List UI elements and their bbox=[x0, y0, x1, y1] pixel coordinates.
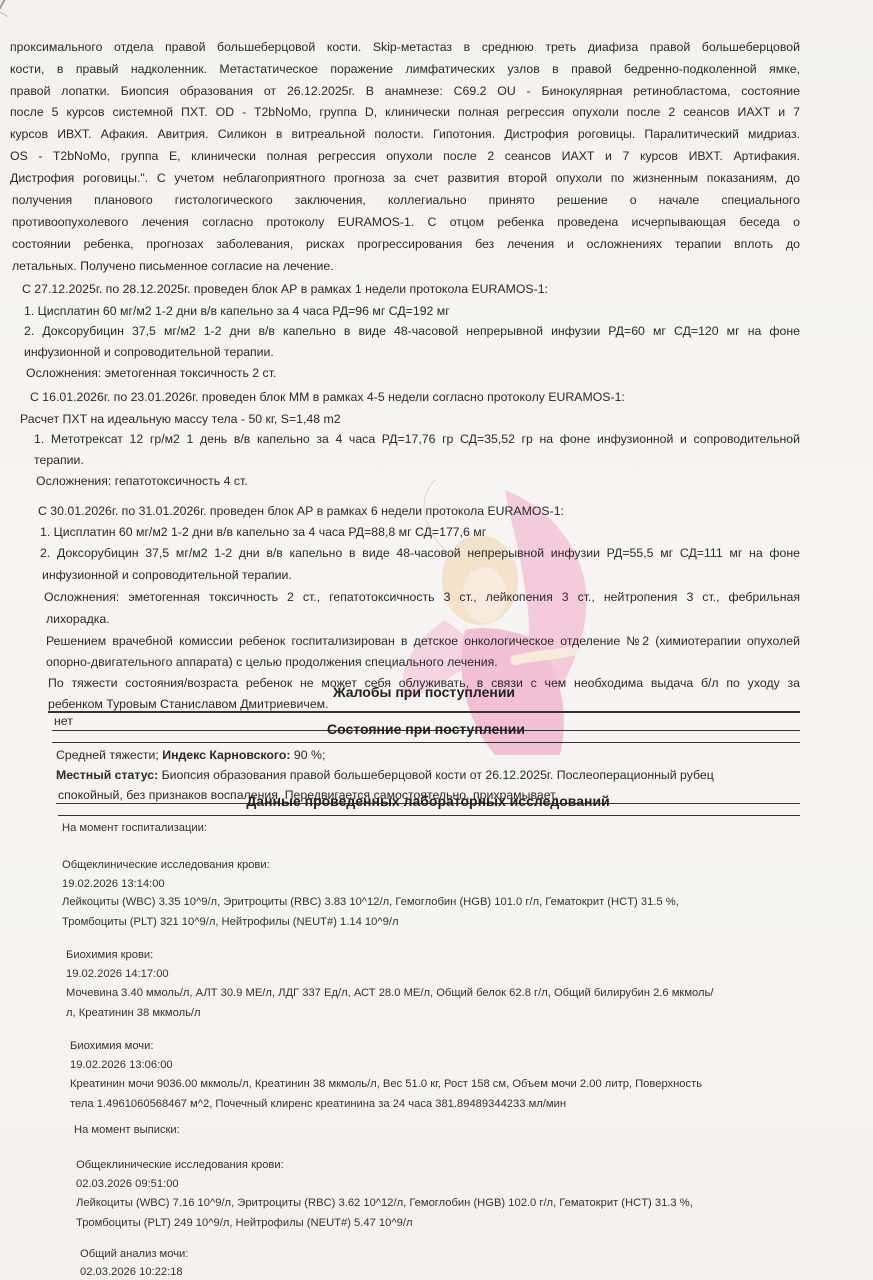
drug-line: терапии. bbox=[34, 449, 84, 471]
drug-line: 2. Доксорубицин 37,5 мг/м2 1-2 дни в/в к… bbox=[40, 542, 800, 564]
drug-line: 2. Доксорубицин 37,5 мг/м2 1-2 дни в/в к… bbox=[24, 320, 800, 342]
lab-datetime: 19.02.2026 13:06:00 bbox=[70, 1055, 173, 1076]
severity: Средней тяжести; bbox=[56, 748, 159, 762]
admission-state-header: Состояние при поступлении bbox=[52, 721, 800, 737]
on-admission-label: На момент госпитализации: bbox=[62, 818, 207, 839]
lab-result: Креатинин мочи 9036.00 мкмоль/л, Креатин… bbox=[70, 1074, 702, 1095]
intro-line: OS - T2bNoMo, группа E, клинически полна… bbox=[10, 145, 800, 167]
intro-line: проксимального отдела правой большеберцо… bbox=[10, 36, 800, 58]
lab-title: Биохимия мочи: bbox=[70, 1036, 154, 1057]
karnofsky-label: Индекс Карновского: bbox=[162, 748, 290, 762]
intro-line: Дистрофия роговицы.". С учетом неблагопр… bbox=[10, 167, 800, 189]
intro-line: получения планового гистологического зак… bbox=[12, 189, 800, 211]
calc-line: Расчет ПХТ на идеальную массу тела - 50 … bbox=[20, 408, 341, 430]
drug-line: инфузионной и сопроводительной терапии. bbox=[42, 564, 292, 586]
complaints-header: Жалобы при поступлении bbox=[48, 684, 800, 700]
drug-line: 1. Цисплатин 60 мг/м2 1-2 дни в/в капель… bbox=[24, 300, 450, 322]
lab-result: Тромбоциты (PLT) 321 10^9/л, Нейтрофилы … bbox=[62, 912, 398, 933]
drug-line: 1. Цисплатин 60 мг/м2 1-2 дни в/в капель… bbox=[40, 521, 486, 543]
intro-line: курсов ИВХТ. Афакия. Авитрия. Силикон в … bbox=[10, 123, 800, 145]
lab-result: Лейкоциты (WBC) 3.35 10^9/л, Эритроциты … bbox=[62, 892, 679, 913]
intro-line: правой лопатки. Биопсия образования от 2… bbox=[10, 80, 800, 102]
severity-line: Средней тяжести; Индекс Карновского: 90 … bbox=[56, 744, 325, 766]
lab-result: л, Креатинин 38 мкмоль/л bbox=[66, 1003, 201, 1024]
complications: Осложнения: гепатотоксичность 4 ст. bbox=[36, 470, 248, 492]
document-page: проксимального отдела правой большеберцо… bbox=[0, 0, 873, 1280]
intro-line: после 5 курсов системной ПХТ. OD - T2bNo… bbox=[10, 101, 800, 123]
decision-line: Решением врачебной комиссии ребенок госп… bbox=[46, 630, 800, 652]
complications: Осложнения: эметогенная токсичность 2 ст… bbox=[26, 362, 276, 384]
lab-datetime: 02.03.2026 10:22:18 bbox=[80, 1262, 183, 1280]
block-title: С 30.01.2026г. по 31.01.2026г. проведен … bbox=[38, 500, 564, 522]
decision-line: опорно-двигательного аппарата) с целью п… bbox=[46, 651, 498, 673]
local-status-text: Биопсия образования правой большеберцово… bbox=[162, 768, 714, 782]
lab-title: Биохимия крови: bbox=[66, 945, 153, 966]
karnofsky-value: 90 %; bbox=[294, 748, 325, 762]
lab-result: Мочевина 3.40 ммоль/л, АЛТ 30.9 МЕ/л, ЛД… bbox=[66, 983, 713, 1004]
intro-line: состоянии ребенка, прогнозах заболевания… bbox=[12, 233, 800, 255]
divider bbox=[58, 815, 800, 816]
drug-line: 1. Метотрексат 12 гр/м2 1 день в/в капел… bbox=[34, 428, 800, 450]
lab-result: тела 1.4961060568467 м^2, Почечный клире… bbox=[70, 1094, 566, 1115]
block-title: С 16.01.2026г. по 23.01.2026г. проведен … bbox=[30, 386, 625, 408]
on-discharge-label: На момент выписки: bbox=[74, 1120, 180, 1141]
labs-header: Данные проведенных лабораторных исследов… bbox=[56, 793, 800, 809]
lab-result: Тромбоциты (PLT) 249 10^9/л, Нейтрофилы … bbox=[76, 1213, 412, 1234]
intro-line: кости, в правый надколенник. Метастатиче… bbox=[10, 58, 800, 80]
drug-line: инфузионной и сопроводительной терапии. bbox=[24, 341, 274, 363]
lab-result: Лейкоциты (WBC) 7.16 10^9/л, Эритроциты … bbox=[76, 1193, 693, 1214]
local-status-label: Местный статус: bbox=[56, 768, 158, 782]
intro-line: летальных. Получено письменное согласие … bbox=[12, 255, 334, 277]
complications: лихорадка. bbox=[46, 608, 110, 630]
local-status-line: Местный статус: Биопсия образования прав… bbox=[56, 764, 714, 786]
lab-datetime: 19.02.2026 14:17:00 bbox=[66, 964, 169, 985]
complications: Осложнения: эметогенная токсичность 2 ст… bbox=[44, 586, 800, 608]
lab-title: Общеклинические исследования крови: bbox=[62, 855, 270, 876]
page-corner-mark bbox=[0, 0, 15, 17]
lab-title: Общеклинические исследования крови: bbox=[76, 1155, 284, 1176]
lab-datetime: 02.03.2026 09:51:00 bbox=[76, 1174, 179, 1195]
divider bbox=[48, 712, 800, 713]
intro-line: противоопухолевого лечения согласно прот… bbox=[12, 211, 800, 233]
divider bbox=[52, 742, 800, 743]
block-title: С 27.12.2025г. по 28.12.2025г. проведен … bbox=[22, 278, 548, 300]
